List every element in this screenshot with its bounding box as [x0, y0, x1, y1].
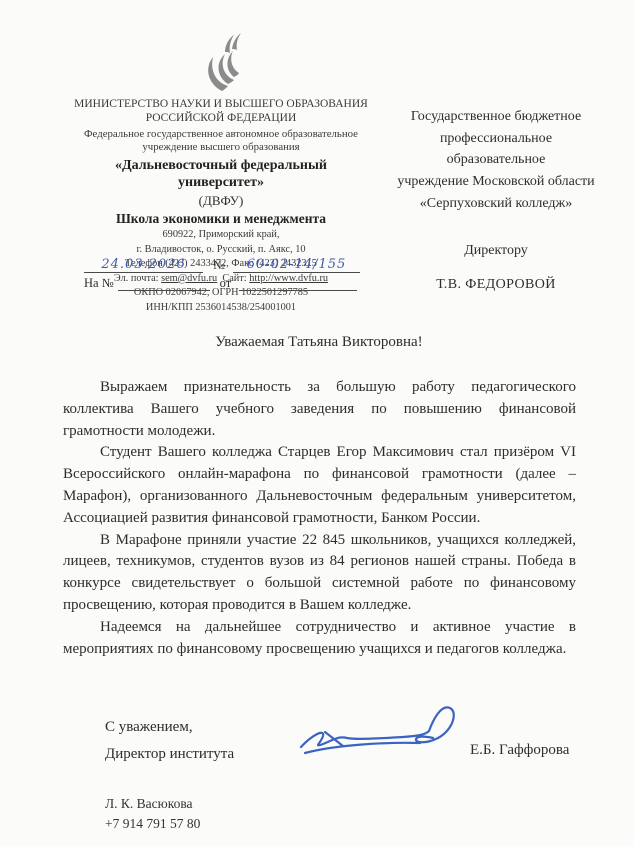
closing-phrase: С уважением, — [105, 714, 234, 741]
outgoing-date-handwritten: 24.03.2026 — [84, 257, 203, 273]
dvfu-logo — [60, 30, 382, 92]
reference-block: 24.03.2026 № 60-02-14/155 На № от — [84, 257, 360, 291]
body-paragraph: Надеемся на дальнейшее сотрудничество и … — [63, 617, 576, 661]
body-paragraph: Выражаем признательность за большую рабо… — [63, 377, 576, 442]
ot-label: от — [220, 276, 232, 291]
incoming-number-blank — [118, 276, 210, 291]
org-type: Федеральное государственное автономное о… — [73, 128, 369, 154]
school-name: Школа экономики и менеджмента — [60, 211, 382, 227]
body-paragraph: В Марафоне приняли участие 22 845 школьн… — [63, 530, 576, 617]
reference-row-outgoing: 24.03.2026 № 60-02-14/155 — [84, 257, 360, 273]
inn-kpp-line: ИНН/КПП 2536014538/254001001 — [60, 301, 382, 315]
executor-contact-block: Л. К. Васюкова +7 914 791 57 80 — [105, 794, 200, 833]
recipient-org-line: «Серпуховский колледж» — [370, 193, 622, 215]
recipient-org-line: Государственное бюджетное — [370, 106, 622, 128]
recipient-org-line: образовательное — [370, 149, 622, 171]
executor-phone: +7 914 791 57 80 — [105, 814, 200, 834]
recipient-position: Директору — [370, 240, 622, 262]
address-line-2: г. Владивосток, о. Русский, п. Аякс, 10 — [60, 243, 382, 257]
letter-page: МИНИСТЕРСТВО НАУКИ И ВЫСШЕГО ОБРАЗОВАНИЯ… — [0, 0, 634, 846]
recipient-org-line: профессиональное — [370, 128, 622, 150]
recipient-name: Т.В. ФЕДОРОВОЙ — [370, 274, 622, 296]
university-abbreviation: (ДВФУ) — [60, 193, 382, 209]
handwritten-signature — [295, 700, 460, 770]
body-paragraph: Студент Вашего колледжа Старцев Егор Мак… — [63, 442, 576, 529]
signature-icon — [295, 700, 460, 765]
ministry-name: МИНИСТЕРСТВО НАУКИ И ВЫСШЕГО ОБРАЗОВАНИЯ… — [71, 97, 371, 125]
outgoing-number-handwritten: 60-02-14/155 — [233, 257, 360, 273]
recipient-org-line: учреждение Московской области — [370, 171, 622, 193]
executor-name: Л. К. Васюкова — [105, 794, 200, 814]
incoming-date-blank — [239, 276, 357, 291]
dvfu-logo-icon — [201, 32, 241, 92]
address-line-1: 690922, Приморский край, — [60, 228, 382, 242]
recipient-block: Государственное бюджетное профессиональн… — [370, 106, 622, 296]
signer-name: Е.Б. Гаффорова — [470, 742, 582, 759]
number-sign-label: № — [213, 258, 225, 273]
signature-closing-block: С уважением, Директор института — [105, 714, 234, 768]
signer-position: Директор института — [105, 741, 234, 768]
letter-body: Выражаем признательность за большую рабо… — [63, 377, 576, 660]
reference-row-incoming: На № от — [84, 276, 360, 291]
salutation: Уважаемая Татьяна Викторовна! — [63, 334, 575, 351]
na-number-label: На № — [84, 276, 114, 291]
university-name: «Дальневосточный федеральный университет… — [96, 157, 346, 192]
